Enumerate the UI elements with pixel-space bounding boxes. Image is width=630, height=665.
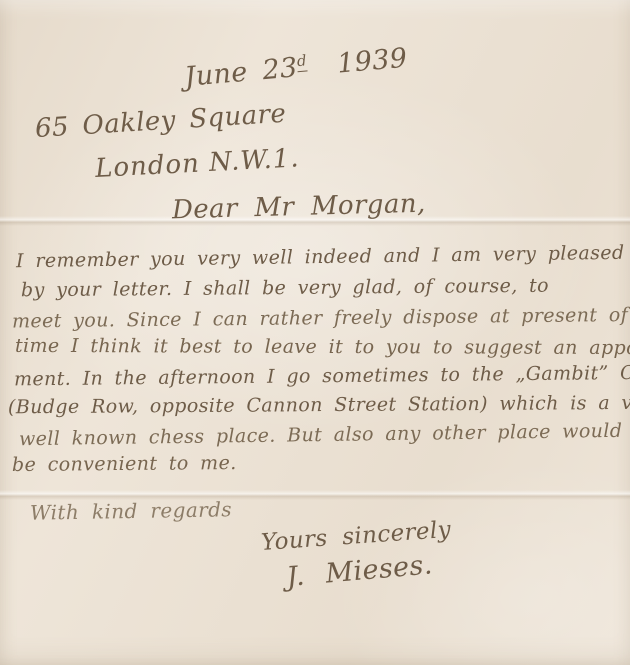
letter-page: June 23d 1939 65 Oakley Square London N.… — [0, 0, 630, 665]
date-ordinal-superscript: d — [296, 51, 308, 72]
fold-crease-lower — [0, 490, 630, 500]
body-line: time I think it best to leave it to you … — [15, 335, 630, 359]
date-day: June 23 — [183, 52, 299, 93]
body-line: I remember you very well indeed and I am… — [16, 242, 625, 272]
closing-regards: With kind regards — [30, 497, 232, 525]
body-line: be convenient to me. — [12, 452, 237, 476]
body-line: (Budge Row, opposite Cannon Street Stati… — [8, 392, 630, 419]
body-line: by your letter. I shall be very glad, of… — [21, 275, 549, 302]
letter-date: June 23d 1939 — [183, 43, 408, 93]
signature: J. Mieses. — [285, 549, 434, 593]
body-line: meet you. Since I can rather freely disp… — [12, 304, 630, 333]
body-line: ment. In the afternoon I go sometimes to… — [14, 362, 630, 391]
body-line: well known chess place. But also any oth… — [19, 420, 623, 450]
address-line-2: London N.W.1. — [94, 143, 300, 184]
salutation: Dear Mr Morgan, — [172, 189, 426, 226]
date-year: 1939 — [336, 43, 409, 80]
address-line-1: 65 Oakley Square — [34, 99, 287, 144]
